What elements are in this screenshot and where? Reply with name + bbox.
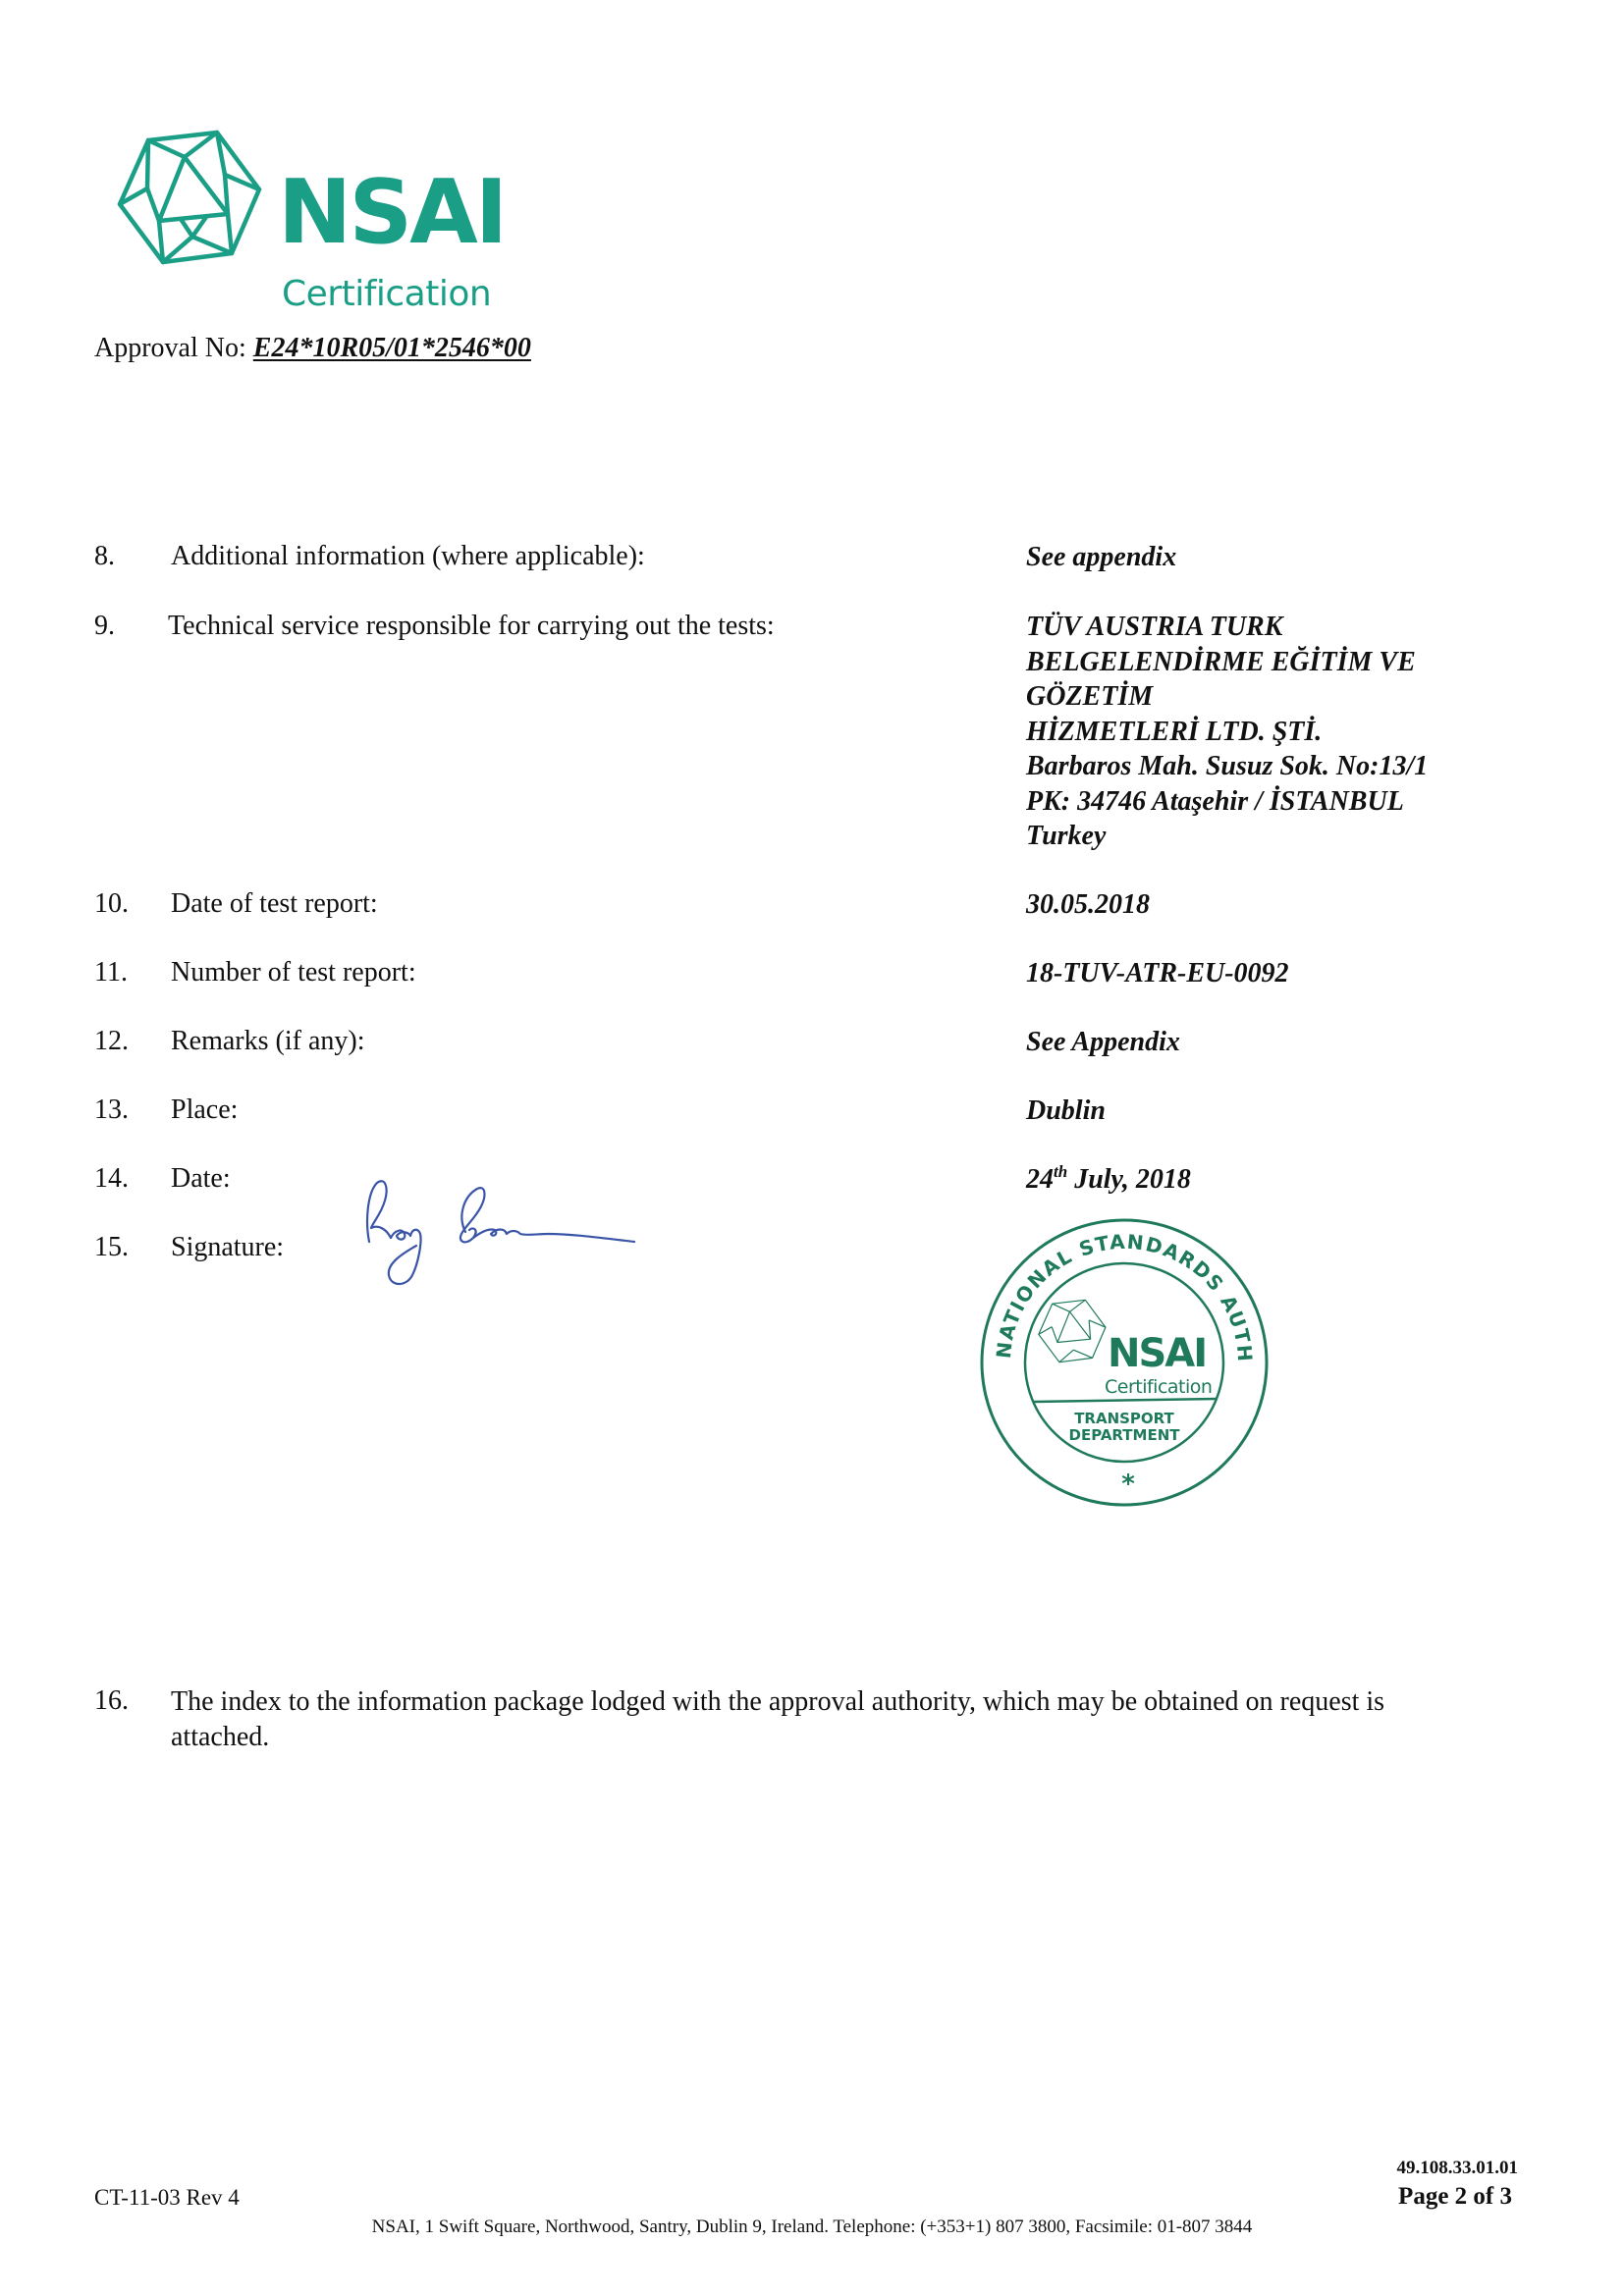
approval-number: E24*10R05/01*2546*00 bbox=[253, 333, 531, 363]
item-label: Technical service responsible for carryi… bbox=[168, 610, 775, 643]
item-label: Date of test report: bbox=[171, 887, 378, 921]
item-number: 12. bbox=[94, 1025, 129, 1058]
remarks-value: See Appendix bbox=[1026, 1025, 1180, 1060]
nsai-logo-icon bbox=[110, 124, 267, 271]
item-value: See appendix bbox=[1026, 540, 1176, 575]
item-label: Signature: bbox=[171, 1231, 284, 1264]
date-suffix: th bbox=[1054, 1162, 1067, 1181]
item-number: 13. bbox=[94, 1094, 129, 1127]
approval-label: Approval No: bbox=[94, 333, 253, 363]
technical-service-address: TÜV AUSTRIA TURK BELGELENDİRME EĞİTİM VE… bbox=[1026, 610, 1428, 854]
test-report-date: 30.05.2018 bbox=[1026, 887, 1150, 923]
item-label: Place: bbox=[171, 1094, 238, 1127]
brand-name: NSAI bbox=[278, 169, 505, 257]
value-line: PK: 34746 Ataşehir / İSTANBUL bbox=[1026, 784, 1428, 820]
item-number: 10. bbox=[94, 887, 129, 921]
signature-icon bbox=[355, 1173, 650, 1296]
approval-number-line: Approval No: E24*10R05/01*2546*00 bbox=[94, 332, 531, 365]
item16-text: The index to the information package lod… bbox=[171, 1684, 1428, 1755]
document-code: 49.108.33.01.01 bbox=[1397, 2158, 1519, 2179]
item-label: Additional information (where applicable… bbox=[171, 540, 645, 573]
value-line: BELGELENDİRME EĞİTİM VE bbox=[1026, 645, 1428, 680]
stamp-dept-line2: DEPARTMENT bbox=[1069, 1426, 1181, 1444]
item-number: 11. bbox=[94, 956, 128, 989]
value-line: Turkey bbox=[1026, 819, 1428, 854]
footer-address: NSAI, 1 Swift Square, Northwood, Santry,… bbox=[0, 2216, 1624, 2238]
value-line: GÖZETİM bbox=[1026, 679, 1428, 715]
stamp-brand: NSAI bbox=[1108, 1331, 1206, 1376]
item-number: 15. bbox=[94, 1231, 129, 1264]
form-reference: CT-11-03 Rev 4 bbox=[94, 2185, 240, 2211]
stamp-dept-line1: TRANSPORT bbox=[1074, 1410, 1174, 1427]
item-number: 14. bbox=[94, 1162, 129, 1196]
item-number: 9. bbox=[94, 610, 115, 643]
item-number: 16. bbox=[94, 1684, 129, 1718]
stamp-subtitle: Certification bbox=[1105, 1376, 1212, 1398]
item-label: Number of test report: bbox=[171, 956, 416, 989]
value-line: HİZMETLERİ LTD. ŞTİ. bbox=[1026, 715, 1428, 750]
value-line: See appendix bbox=[1026, 540, 1176, 575]
test-report-number: 18-TUV-ATR-EU-0092 bbox=[1026, 956, 1289, 991]
date-day: 24 bbox=[1026, 1164, 1054, 1195]
stamp-star: * bbox=[1121, 1469, 1135, 1499]
date-rest: July, 2018 bbox=[1067, 1164, 1191, 1195]
value-line: Barbaros Mah. Susuz Sok. No:13/1 bbox=[1026, 749, 1428, 784]
date-value: 24th July, 2018 bbox=[1026, 1162, 1191, 1201]
item-label: Date: bbox=[171, 1162, 231, 1196]
item-label: Remarks (if any): bbox=[171, 1025, 365, 1058]
page-indicator: Page 2 of 3 bbox=[1398, 2183, 1512, 2211]
nsai-stamp-icon: NATIONAL STANDARDS AUTHORITY OF IRELAND … bbox=[977, 1215, 1272, 1510]
item-number: 8. bbox=[94, 540, 115, 573]
place-value: Dublin bbox=[1026, 1094, 1106, 1129]
value-line: TÜV AUSTRIA TURK bbox=[1026, 610, 1428, 645]
brand-subtitle: Certification bbox=[282, 277, 491, 312]
